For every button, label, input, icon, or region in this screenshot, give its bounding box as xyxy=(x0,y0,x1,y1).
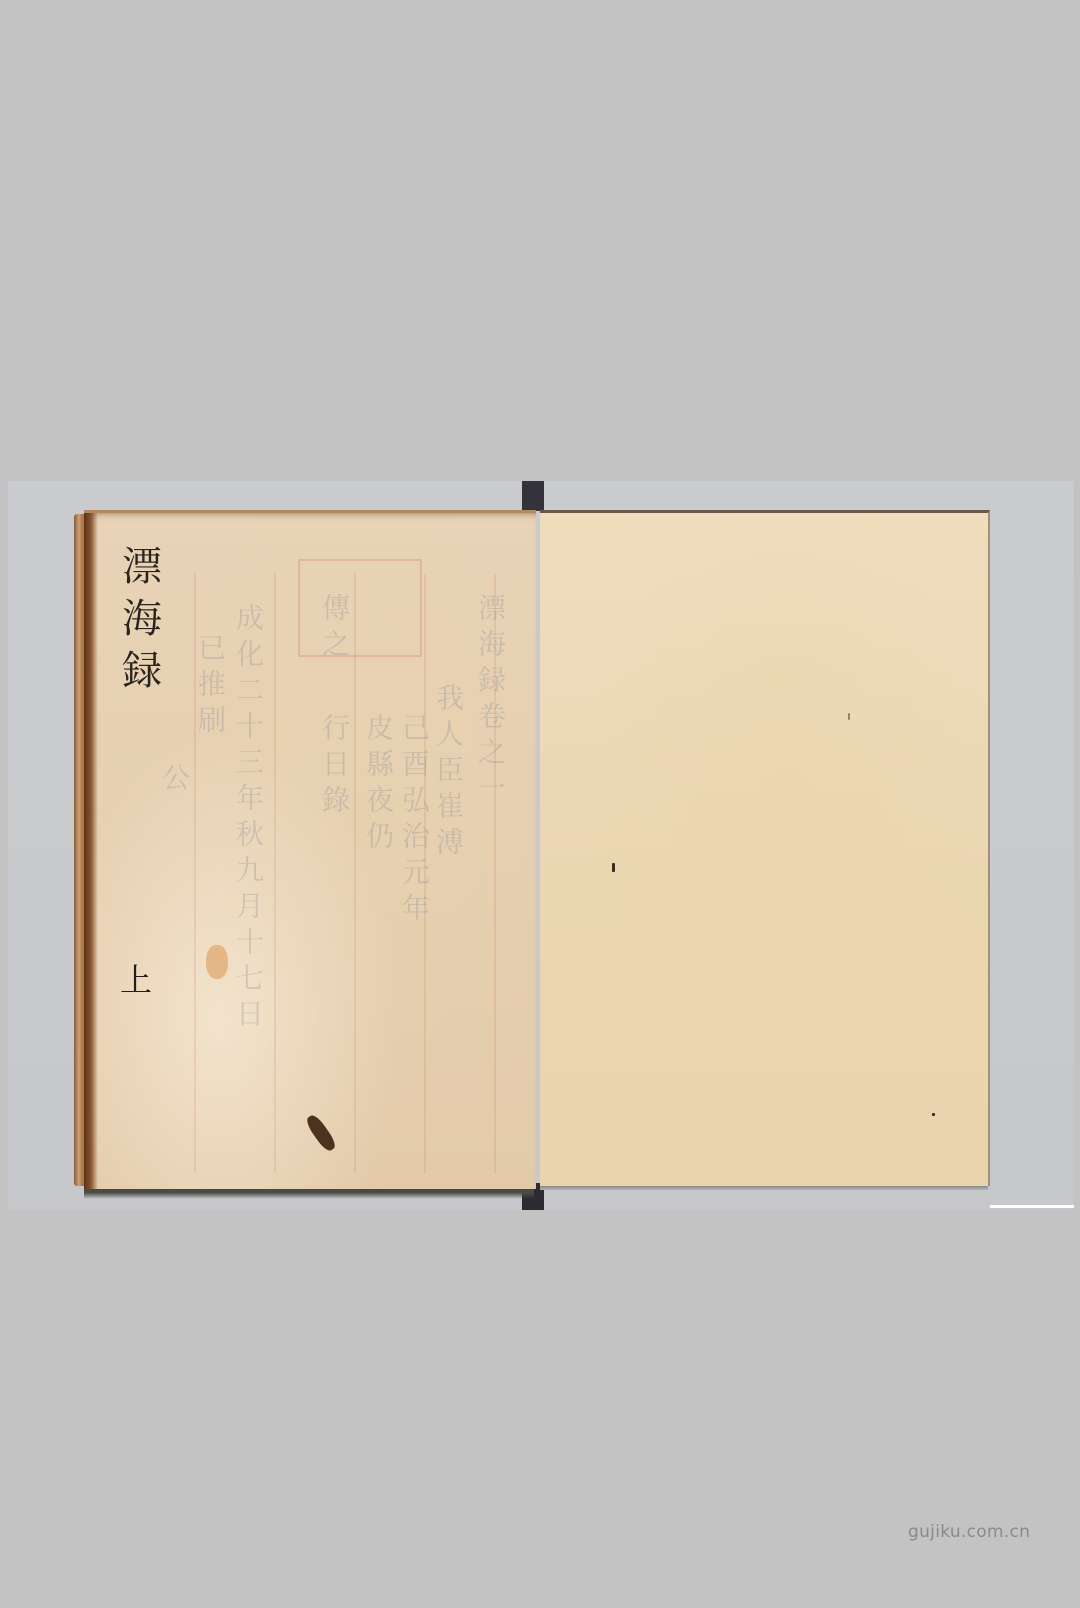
right-page xyxy=(540,510,990,1186)
paper-speck xyxy=(932,1113,935,1116)
paper-speck xyxy=(612,863,615,872)
bleed-through-text: 成化二十三年秋九月十七日 xyxy=(234,603,262,1035)
bleed-through-text: 己酉弘治元年 xyxy=(400,713,428,929)
bleed-through-text: 已推刷 xyxy=(196,633,224,741)
paper-speck xyxy=(848,713,850,720)
water-stain xyxy=(206,945,228,979)
title-char: 録 xyxy=(122,651,162,691)
left-page: 漂海録卷之一 我人臣崔溥 己酉弘治元年 皮縣夜仍 行日錄 傳之 成化二十三年秋九… xyxy=(84,510,536,1189)
bleed-through-text: 我人臣崔溥 xyxy=(434,683,462,863)
volume-marker: 上 xyxy=(120,955,152,1001)
bleed-through-text: 傳之 xyxy=(320,593,348,665)
paper-tear xyxy=(304,1113,338,1154)
scan-edge-strip xyxy=(990,1205,1074,1208)
bleed-through-text: 漂海録卷之一 xyxy=(476,593,504,809)
title-char: 漂 xyxy=(122,547,162,587)
watermark: gujiku.com.cn xyxy=(908,1522,1030,1542)
book-spine-top xyxy=(522,481,544,511)
seal-frame xyxy=(298,559,422,657)
bleed-through-text: 公 xyxy=(160,763,188,799)
binding-edge xyxy=(84,513,98,1189)
bleed-through-text: 行日錄 xyxy=(320,713,348,821)
column-rule xyxy=(354,573,356,1173)
bleed-through-text: 皮縣夜仍 xyxy=(364,713,392,857)
title-char: 海 xyxy=(122,599,162,639)
column-rule xyxy=(274,573,276,1173)
